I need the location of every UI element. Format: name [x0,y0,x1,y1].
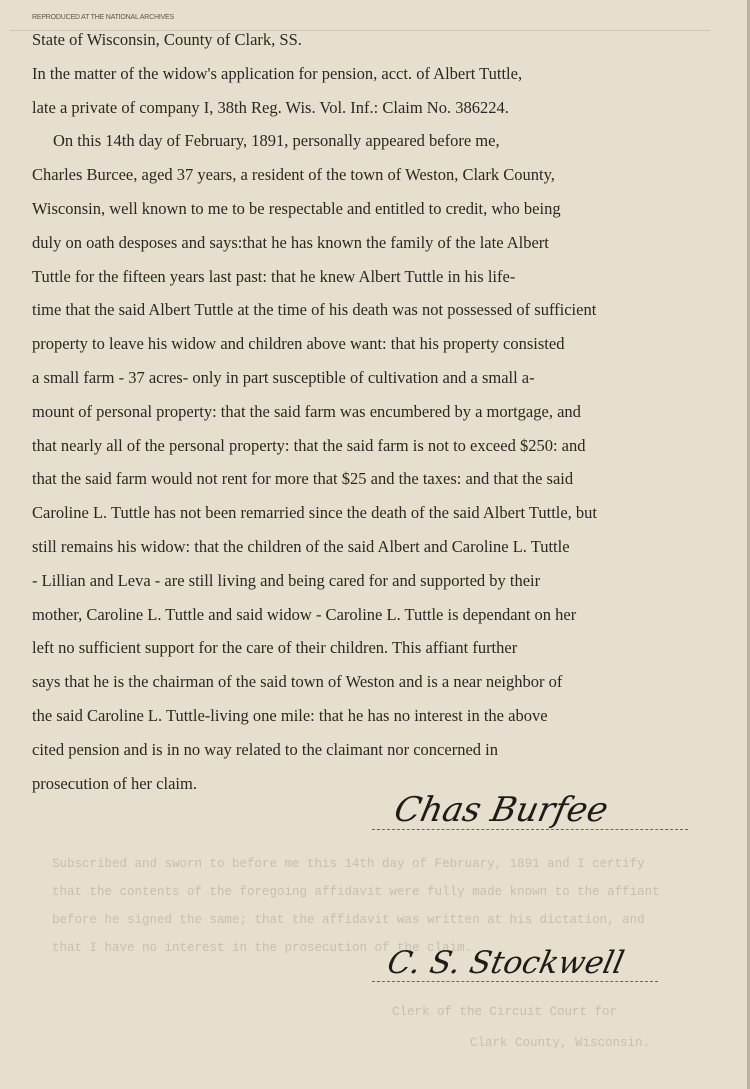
text-line: mount of personal property: that the sai… [32,402,742,436]
text-line: Tuttle for the fifteen years last past: … [32,267,742,301]
affidavit-body: State of Wisconsin, County of Clark, SS.… [32,30,742,807]
text-line: still remains his widow: that the childr… [32,537,742,571]
text-line: Charles Burcee, aged 37 years, a residen… [32,165,742,199]
text-line: says that he is the chairman of the said… [32,672,742,706]
caption-matter: In the matter of the widow's application… [32,64,742,98]
affiant-signature: Chas Burfee [391,790,612,830]
clerk-signature-line [372,981,658,982]
caption-venue: State of Wisconsin, County of Clark, SS. [32,30,742,64]
text-line: duly on oath desposes and says:that he h… [32,233,742,267]
clerk-title: Clerk of the Circuit Court for [392,1005,617,1019]
text-line: cited pension and is in no way related t… [32,740,742,774]
clerk-signature: C. S. Stockwell [384,945,627,981]
text-line: property to leave his widow and children… [32,334,742,368]
text-line: that the said farm would not rent for mo… [32,469,742,503]
cert-line: that the contents of the foregoing affid… [52,878,660,906]
text-line: On this 14th day of February, 1891, pers… [32,131,742,165]
text-line: Caroline L. Tuttle has not been remarrie… [32,503,742,537]
text-line: - Lillian and Leva - are still living an… [32,571,742,605]
archive-stamp: REPRODUCED AT THE NATIONAL ARCHIVES [32,14,174,21]
text-line: left no sufficient support for the care … [32,638,742,672]
clerk-county: Clark County, Wisconsin. [470,1036,650,1050]
text-line: a small farm - 37 acres- only in part su… [32,368,742,402]
text-line: prosecution of her claim. [32,774,742,808]
caption-claim: late a private of company I, 38th Reg. W… [32,98,742,132]
cert-line: Subscribed and sworn to before me this 1… [52,850,660,878]
text-line: that nearly all of the personal property… [32,436,742,470]
text-line: Wisconsin, well known to me to be respec… [32,199,742,233]
cert-line: before he signed the same; that the affi… [52,906,660,934]
text-line: time that the said Albert Tuttle at the … [32,300,742,334]
text-line: the said Caroline L. Tuttle-living one m… [32,706,742,740]
text-line: mother, Caroline L. Tuttle and said wido… [32,605,742,639]
